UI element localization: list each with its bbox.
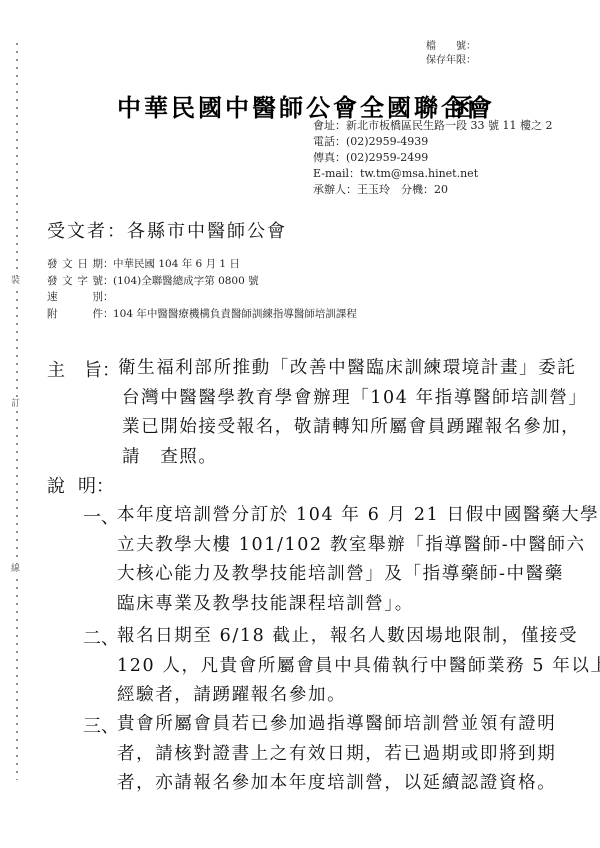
subject-line: 請 查照。	[118, 443, 588, 473]
file-number-label: 檔 號：	[426, 40, 476, 54]
contact-address: 會址：新北市板橋區民生路一段 33 號 11 樓之 2	[313, 118, 552, 134]
filing-info: 檔 號： 保存年限：	[420, 40, 476, 68]
meta-date-value: 中華民國 104 年 6 月 1 日	[113, 256, 240, 273]
recipient-label: 受文者：	[47, 221, 127, 242]
explanation-line: 者，亦請報名參加本年度培訓營，以延續認證資格。	[117, 769, 556, 799]
binding-label-zhuang: 裝	[11, 276, 20, 286]
explanation-item-2: 報名日期至 6/18 截止，報名人數因場地限制，僅接受 120 人，凡貴會所屬會…	[117, 622, 600, 711]
explanation-item-1-number: 一、	[83, 503, 119, 529]
explanation-item-2-number: 二、	[83, 624, 119, 650]
explanation-item-3: 貴會所屬會員若已參加過指導醫師培訓營並領有證明 者，請核對證書上之有效日期，若已…	[117, 710, 556, 799]
meta-attachment-value: 104 年中醫醫療機構負責醫師訓練指導醫師培訓課程	[113, 306, 357, 323]
explanation-line: 經驗者，請踴躍報名參加。	[117, 681, 600, 711]
explanation-label-1: 說	[47, 472, 65, 498]
meta-date-label: 發文日期	[47, 256, 103, 273]
contact-email: E-mail：tw.tm@msa.hinet.net	[313, 166, 552, 182]
meta-date-row: 發文日期 ： 中華民國 104 年 6 月 1 日	[47, 256, 357, 273]
explanation-item-1: 本年度培訓營分訂於 104 年 6 月 21 日假中國醫藥大學 立夫教學大樓 1…	[117, 501, 599, 619]
explanation-line: 本年度培訓營分訂於 104 年 6 月 21 日假中國醫藥大學	[117, 501, 599, 531]
colon: ：	[103, 289, 113, 306]
meta-attachment-row: 附 件 ： 104 年中醫醫療機構負責醫師訓練指導醫師培訓課程	[47, 306, 357, 323]
recipient-value: 各縣市中醫師公會	[127, 221, 287, 242]
colon: ：	[103, 273, 113, 290]
binding-label-ding: 訂	[11, 399, 20, 409]
explanation-item-3-number: 三、	[83, 712, 119, 738]
contact-info: 會址：新北市板橋區民生路一段 33 號 11 樓之 2 電話：(02)2959-…	[313, 118, 552, 198]
subject-body: 衛生福利部所推動「改善中醫臨床訓練環境計畫」委託 台灣中醫醫學教育學會辦理「10…	[118, 354, 588, 472]
colon: ：	[103, 256, 113, 273]
explanation-line: 120 人，凡貴會所屬會員中具備執行中醫師業務 5 年以上	[117, 652, 600, 682]
explanation-line: 者，請核對證書上之有效日期，若已過期或即將到期	[117, 740, 556, 770]
explanation-line: 臨床專業及教學技能課程培訓營」。	[117, 590, 599, 620]
retention-row: 保存年限：	[420, 54, 476, 68]
document-meta: 發文日期 ： 中華民國 104 年 6 月 1 日 發文字號 ： (104)全聯…	[47, 256, 357, 322]
binding-dots	[16, 40, 18, 780]
contact-fax: 傳真：(02)2959-2499	[313, 150, 552, 166]
file-number-row: 檔 號：	[420, 40, 476, 54]
subject-line: 台灣中醫醫學教育學會辦理「104 年指導醫師培訓營」	[118, 384, 588, 414]
subject-line: 衛生福利部所推動「改善中醫臨床訓練環境計畫」委託	[118, 354, 588, 384]
meta-speed-label: 速 別	[47, 289, 103, 306]
binding-label-xian: 線	[11, 564, 20, 574]
explanation-label-2: 明：	[78, 472, 114, 498]
subject-line: 業已開始接受報名，敬請轉知所屬會員踴躍報名參加，	[118, 413, 588, 443]
explanation-line: 大核心能力及教學技能培訓營」及「指導藥師-中醫藥	[117, 560, 599, 590]
retention-label: 保存年限：	[426, 54, 476, 68]
subject-label-2: 旨：	[84, 356, 120, 382]
recipient: 受文者：各縣市中醫師公會	[47, 217, 287, 243]
meta-attachment-label: 附 件	[47, 306, 103, 323]
meta-ref-row: 發文字號 ： (104)全聯醫總成字第 0800 號	[47, 273, 357, 290]
explanation-line: 貴會所屬會員若已參加過指導醫師培訓營並領有證明	[117, 710, 556, 740]
explanation-line: 報名日期至 6/18 截止，報名人數因場地限制，僅接受	[117, 622, 600, 652]
contact-phone: 電話：(02)2959-4939	[313, 134, 552, 150]
subject-label-1: 主	[47, 356, 65, 382]
explanation-line: 立夫教學大樓 101/102 教室舉辦「指導醫師-中醫師六	[117, 531, 599, 561]
meta-speed-row: 速 別 ：	[47, 289, 357, 306]
contact-handler: 承辦人：王玉玲 分機：20	[313, 182, 552, 198]
binding-line: 裝 訂 線	[14, 40, 20, 780]
meta-ref-value: (104)全聯醫總成字第 0800 號	[113, 273, 259, 290]
colon: ：	[103, 306, 113, 323]
meta-ref-label: 發文字號	[47, 273, 103, 290]
